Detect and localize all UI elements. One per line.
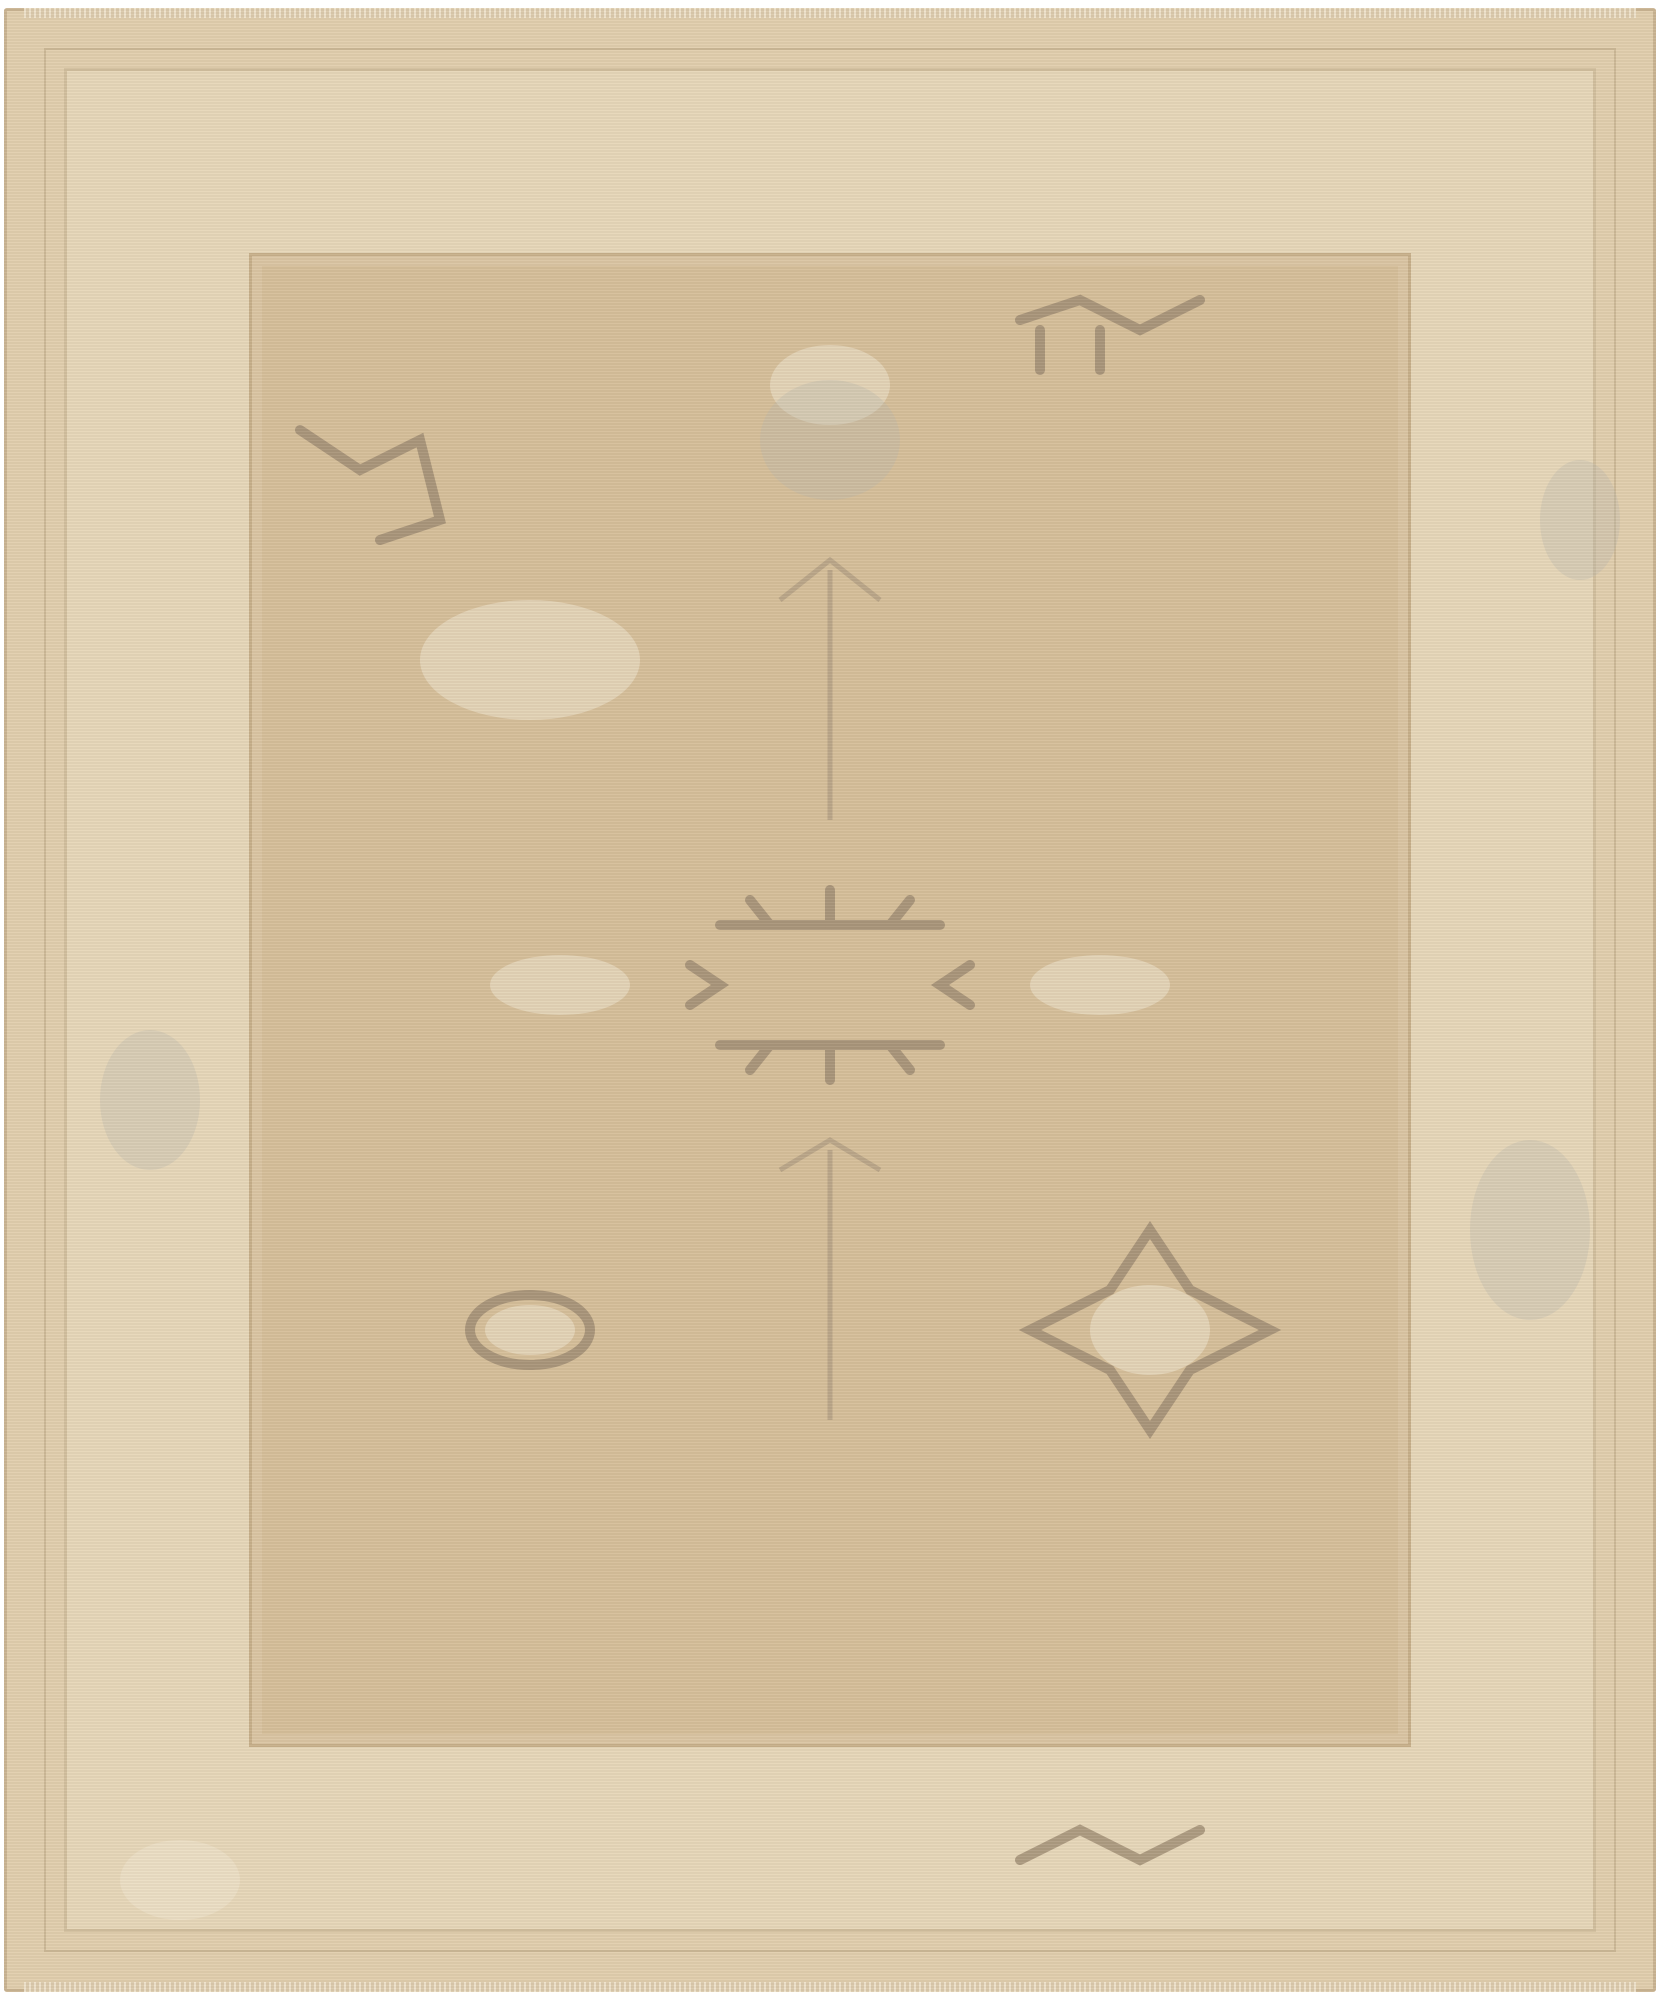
rug-motifs (0, 0, 1660, 2000)
central-medallion (690, 890, 970, 1080)
